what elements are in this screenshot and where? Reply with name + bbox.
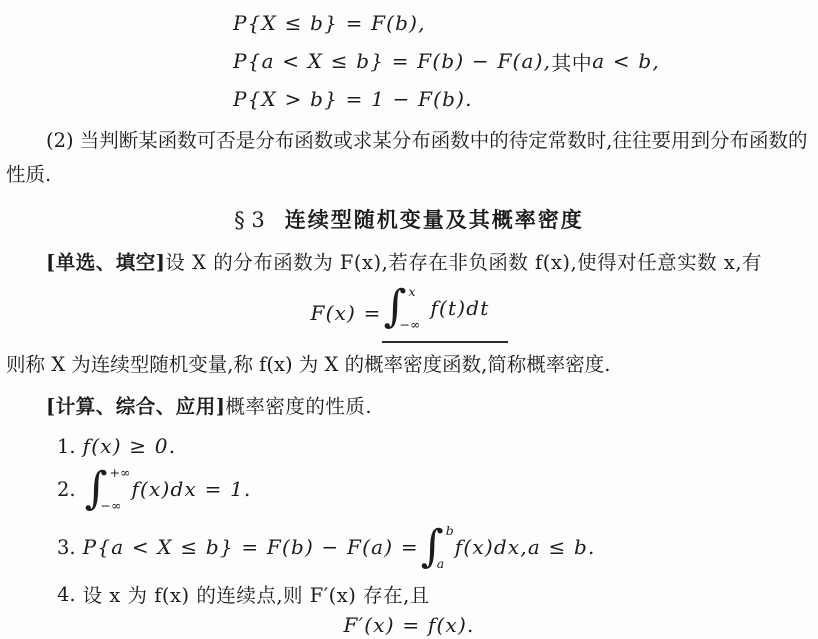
item-1-formula: f(x) ≥ 0. <box>83 434 177 458</box>
integral-limits: b a <box>444 523 452 571</box>
integral: ∫ b a <box>421 523 452 571</box>
definition-formula-lhs: F(x) = <box>311 301 382 325</box>
integral-lower-limit: a <box>437 556 444 571</box>
definition-lead-text: 设 X 的分布函数为 F(x),若存在非负函数 f(x),使得对任意实数 x,有 <box>165 251 762 274</box>
formula-line-2-math: P{a < X ≤ b} = F(b) − F(a), <box>233 49 551 73</box>
note-paragraph: (2) 当判断某函数可否是分布函数或求某分布函数中的待定常数时,往往要用到分布函… <box>6 124 812 192</box>
item-number: 4. <box>57 583 76 606</box>
definition-formula-underlined-part: ∫ x −∞ f(t)dt <box>382 284 508 343</box>
property-item-1: 1. f(x) ≥ 0. <box>57 432 818 460</box>
integral: ∫ +∞ −∞ <box>85 465 129 513</box>
definition-paragraph: [单选、填空]设 X 的分布函数为 F(x),若存在非负函数 f(x),使得对任… <box>6 246 812 280</box>
properties-paragraph: [计算、综合、应用]概率密度的性质. <box>6 390 812 424</box>
property-item-2: 2. ∫ +∞ −∞ f(x)dx = 1. <box>57 462 818 516</box>
section-heading: § 3 连续型随机变量及其概率密度 <box>0 204 818 233</box>
item-2-integrand: f(x)dx = 1. <box>131 477 251 501</box>
distribution-probability-formulas: P{X ≤ b} = F(b), P{a < X ≤ b} = F(b) − F… <box>0 0 818 118</box>
formula-line-3: P{X > b} = 1 − F(b). <box>233 80 818 118</box>
derivative-formula: F′(x) = f(x). <box>0 610 818 639</box>
property-item-4: 4. 设 x 为 f(x) 的连续点,则 F′(x) 存在,且 <box>57 580 818 608</box>
integral-lower-limit: −∞ <box>400 317 421 332</box>
integral-limits: +∞ −∞ <box>108 465 129 513</box>
integral-upper-limit: +∞ <box>110 465 131 480</box>
property-item-3: 3. P{a < X ≤ b} = F(b) − F(a) = ∫ b a f(… <box>57 520 818 574</box>
item-3-integrand: f(x)dx,a ≤ b. <box>455 535 596 559</box>
integral: ∫ x −∞ <box>384 284 428 332</box>
integral-lower-limit: −∞ <box>101 498 122 513</box>
section-title: 连续型随机变量及其概率密度 <box>285 204 584 234</box>
formula-line-2-chinese: 其中 <box>551 47 592 76</box>
exam-type-tag: [单选、填空] <box>46 251 165 274</box>
item-number: 3. <box>57 536 76 559</box>
density-definition-formula: F(x) = ∫ x −∞ f(t)dt <box>0 282 818 344</box>
definition-formula-integrand: f(t)dt <box>430 296 489 320</box>
item-4-text: 设 x 为 f(x) 的连续点,则 F′(x) 存在,且 <box>83 580 430 608</box>
property-items: 1. f(x) ≥ 0. 2. ∫ +∞ −∞ f(x)dx = 1. 3. P… <box>0 432 818 608</box>
definition-tail-paragraph: 则称 X 为连续型随机变量,称 f(x) 为 X 的概率密度函数,简称概率密度. <box>6 348 812 382</box>
item-number: 2. <box>57 478 76 501</box>
formula-line-1: P{X ≤ b} = F(b), <box>233 4 818 42</box>
properties-lead-text: 概率密度的性质. <box>225 395 372 418</box>
integral-limits: x −∞ <box>407 284 428 332</box>
integral-upper-limit: b <box>446 523 454 538</box>
integral-upper-limit: x <box>409 284 416 299</box>
item-3-lhs: P{a < X ≤ b} = F(b) − F(a) = <box>83 535 419 559</box>
formula-line-2-condition: a < b, <box>592 49 660 73</box>
exam-type-tag-2: [计算、综合、应用] <box>46 395 225 418</box>
formula-line-2: P{a < X ≤ b} = F(b) − F(a),其中 a < b, <box>233 42 818 80</box>
section-number: § 3 <box>234 208 265 232</box>
textbook-page: P{X ≤ b} = F(b), P{a < X ≤ b} = F(b) − F… <box>0 0 818 639</box>
item-number: 1. <box>57 435 76 458</box>
